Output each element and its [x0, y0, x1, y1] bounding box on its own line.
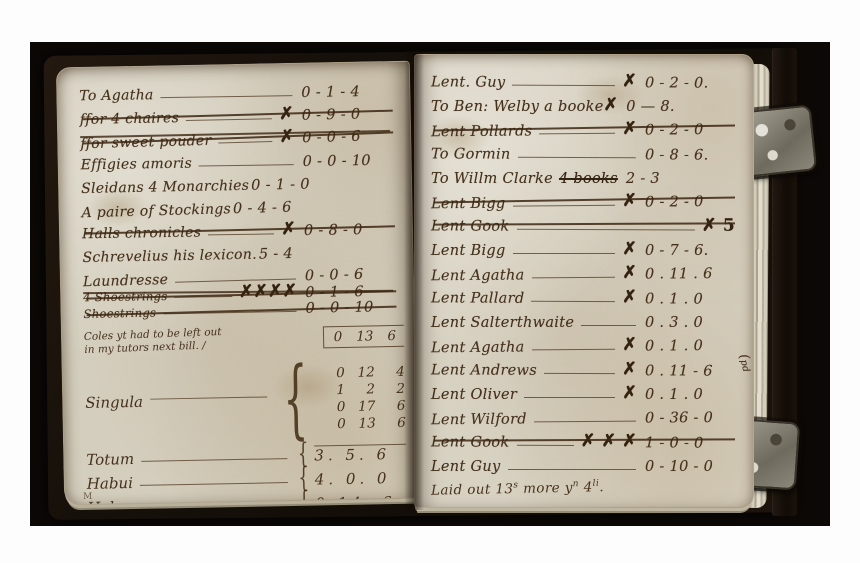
curly-brace-icon: { [283, 359, 309, 439]
leader-line [140, 482, 288, 486]
leader-line [141, 458, 287, 462]
leader-line [516, 229, 695, 231]
x-mark: ✗ [622, 121, 637, 138]
singula-value: 0 [316, 415, 346, 432]
leader-line [208, 233, 274, 235]
singula-label: Singula [85, 393, 143, 412]
singula-value: 13 [346, 415, 376, 432]
ledger-row: Lent Agatha✗0 . 1 . 0 [431, 330, 741, 356]
entry-amount: 0 - 36 - 0 [643, 410, 741, 427]
entry-amount: 0 - 0 - 10 [303, 299, 403, 317]
leader-line [534, 421, 636, 423]
leader-line [532, 277, 616, 279]
entry-amount: 1 - 0 - 0 [643, 435, 741, 451]
singula-numbers: 012412201760136 [315, 363, 406, 432]
singula-value: 17 [345, 398, 375, 415]
entry-amount: 0 - 0 - 6 [300, 128, 400, 147]
leader-line [516, 445, 573, 446]
x-mark: ✗ [604, 97, 619, 114]
entry-text: To Willm Clarke [431, 171, 553, 187]
singula-value: 0 [315, 398, 345, 415]
ledger-row: Lent Wilford0 - 36 - 0 [431, 402, 741, 428]
ledger-row: Lent Pallard✗0 . 1 . 0 [431, 282, 741, 307]
ledger-row: Lent. Guy✗0 - 2 - 0. [431, 66, 741, 91]
footer-text: . [599, 479, 604, 495]
right-page: Lent. Guy✗0 - 2 - 0.To Ben: Welby a book… [414, 54, 754, 508]
entry-text: Lent Gook [431, 218, 510, 234]
entry-text: Effigies amoris [81, 156, 193, 174]
entry-text: Lent Salterthwaite [431, 315, 574, 331]
singula-value: 12 [345, 364, 375, 381]
ledger-row: To Gormin0 - 8 - 6. [431, 138, 741, 163]
leader-line [163, 311, 296, 315]
right-entries: Lent. Guy✗0 - 2 - 0.To Ben: Welby a book… [431, 67, 741, 475]
entry-amount: 0 . 1 . 0 [643, 338, 741, 355]
entry-text: To Agatha [79, 87, 153, 104]
leader-line [524, 397, 615, 398]
habeo-label: Habeo [87, 498, 137, 504]
entry-amount: 0 - 4 - 6 [231, 198, 331, 217]
ledger-row: To Ben: Welby a booke✗0 — 8. [431, 91, 741, 115]
x-mark: ✗ [622, 289, 637, 306]
x-mark: ✗ [622, 385, 637, 402]
entry-text: Lent Pallard [431, 290, 525, 306]
ledger-row: Lent Andrews✗0 . 11 - 6pd [431, 354, 741, 379]
entry-amount: 0 - 2 - 0. [643, 75, 741, 91]
entry-text: Shoestrings [83, 306, 156, 321]
x-mark: ✗ ✗ ✗ [581, 433, 637, 450]
leader-line [581, 325, 636, 326]
singula-row: 0124 [315, 363, 405, 381]
entry-amount: 0 - 10 - 0 [643, 459, 741, 475]
ledger-row: Lent Oliver✗0 . 1 . 0 [431, 379, 741, 403]
singula-value: 1 [315, 381, 345, 398]
entry-amount: 0 - 7 - 6. [643, 243, 741, 259]
entry-text: To Ben: Welby a booke [431, 99, 604, 115]
leader-line [161, 95, 293, 98]
entry-text: Lent Andrews [431, 362, 537, 378]
singula-row: 0136 [316, 414, 406, 432]
ledger-row: Lent Agatha✗0 . 11 . 6 [431, 258, 741, 284]
leader-line [186, 118, 272, 121]
leader-line [219, 141, 273, 143]
singula-block: Singula { 012412201760136 [84, 355, 406, 445]
x-mark: ✗ [279, 128, 294, 145]
singula-row: 0176 [315, 397, 405, 415]
x-mark: ✗ [279, 106, 294, 123]
entry-amount: 0 . 3 . 0 [643, 315, 741, 331]
x-mark: ✗ [622, 337, 637, 354]
entry-amount: 0 . 1 . 0 [643, 291, 741, 307]
singula-value: 6 [375, 397, 405, 414]
ledger-row: Lent Guy0 - 10 - 0 [431, 451, 741, 475]
entry-text: Lent Bigg [431, 243, 506, 259]
ledger-row: Lent Salterthwaite0 . 3 . 0 [431, 307, 741, 331]
footer-text: more y [518, 480, 573, 497]
leader-line [518, 157, 636, 159]
ledger-row: Lent Gook✗ ✗ ✗1 - 0 - 0 [431, 426, 741, 451]
entry-text: ffor 4 chaires [80, 110, 180, 128]
totum-label: Totum [86, 450, 134, 469]
singula-value: 6 [376, 414, 406, 431]
totum-amount: 3. 5. 6 [314, 444, 406, 465]
left-page: To Agatha0 - 1 - 4ffor 4 chaires✗0 - 9 -… [56, 61, 418, 506]
leader-line [508, 469, 637, 470]
ledger-row: Lent Pollards✗0 - 2 - 0 [431, 114, 741, 140]
x-mark: ✗ [622, 361, 637, 378]
x-mark: ✗✗✗✗ [239, 283, 297, 301]
entry-text: To Gormin [431, 146, 511, 162]
singula-value: 0 [315, 364, 345, 381]
leader-line [150, 396, 268, 399]
ledger-row: Lent Bigg✗0 - 2 - 0 [431, 186, 741, 212]
singula-value: 2 [345, 381, 375, 398]
paid-margin-note: pd [736, 353, 753, 374]
singula-value: 4 [375, 363, 405, 380]
entry-amount: 0 - 0 - 6 [303, 266, 403, 285]
entry-amount: 0 . 1 . 0 [643, 387, 741, 403]
entry-amount: 0 - 2 - 0 [643, 122, 741, 139]
entry-text: Halls chronicles [82, 225, 201, 243]
entry-text: Lent Oliver [431, 387, 517, 403]
leader-line [175, 296, 233, 298]
entry-text: 4 Shoestrings [83, 289, 167, 304]
entry-text: Lent. Guy [431, 74, 505, 90]
struck-words: 4 books [559, 171, 618, 187]
x-mark: ✗ [281, 221, 296, 238]
totals-block: Totum { 3. 5. 6 Habui { 4. 0. 0 Habeo [86, 439, 407, 505]
left-entries: To Agatha0 - 1 - 4ffor 4 chaires✗0 - 9 -… [79, 76, 404, 321]
footer-text: 4 [579, 479, 593, 495]
entry-amount: 0 . 11 - 6 [643, 363, 741, 379]
x-mark: ✗ [622, 241, 637, 258]
corner-mark: M [83, 492, 92, 502]
entry-amount: 0 — 8. [624, 99, 722, 115]
manuscript-photograph: To Agatha0 - 1 - 4ffor 4 chaires✗0 - 9 -… [0, 0, 860, 563]
leader-line [513, 205, 616, 207]
leader-line [513, 253, 616, 254]
ledger-row: To Willm Clarke4 books2 - 3 [431, 163, 741, 187]
coles-shillings: 13 [356, 328, 373, 344]
photo-background: To Agatha0 - 1 - 4ffor 4 chaires✗0 - 9 -… [30, 42, 830, 526]
leader-line [531, 301, 615, 302]
entry-text: Lent Gook [431, 434, 510, 450]
coles-note-row: Coles yt had to be left out in my tutors… [84, 317, 405, 361]
entry-amount: 0 . 11 . 6 [643, 266, 741, 283]
footer-text: Laid out 13 [431, 481, 514, 499]
leader-line [512, 85, 615, 86]
leader-line [544, 373, 615, 374]
leader-line [532, 349, 616, 351]
x-mark: ✗ 5 [702, 218, 735, 235]
entry-amount: 2 - 3 [624, 171, 722, 187]
book-gutter-shadow [404, 50, 424, 510]
habui-amount: 4. 0. 0 [315, 469, 407, 489]
x-mark: ✗ [622, 265, 637, 282]
x-mark: ✗ [622, 193, 637, 210]
coles-pounds: 0 [334, 329, 343, 345]
entry-amount: 0 - 8 - 6. [643, 147, 741, 163]
coles-amount-box: 0 13 6 [322, 325, 404, 349]
leader-line [539, 133, 615, 135]
footer-note: Laid out 13s more yn 4li. [431, 476, 741, 499]
entry-amount: 0 - 2 - 0 [643, 194, 741, 211]
habui-label: Habui [87, 474, 133, 493]
singula-row: 122 [315, 380, 405, 398]
leader-line [199, 164, 294, 166]
ledger-row: Lent Gook✗ 5 [431, 210, 741, 235]
coles-pence: 6 [387, 328, 396, 344]
entry-text: Lent Guy [431, 459, 501, 475]
singula-value: 2 [375, 380, 405, 397]
x-mark: ✗ [622, 73, 637, 90]
ledger-row: Lent Bigg✗0 - 7 - 6. [431, 235, 741, 259]
